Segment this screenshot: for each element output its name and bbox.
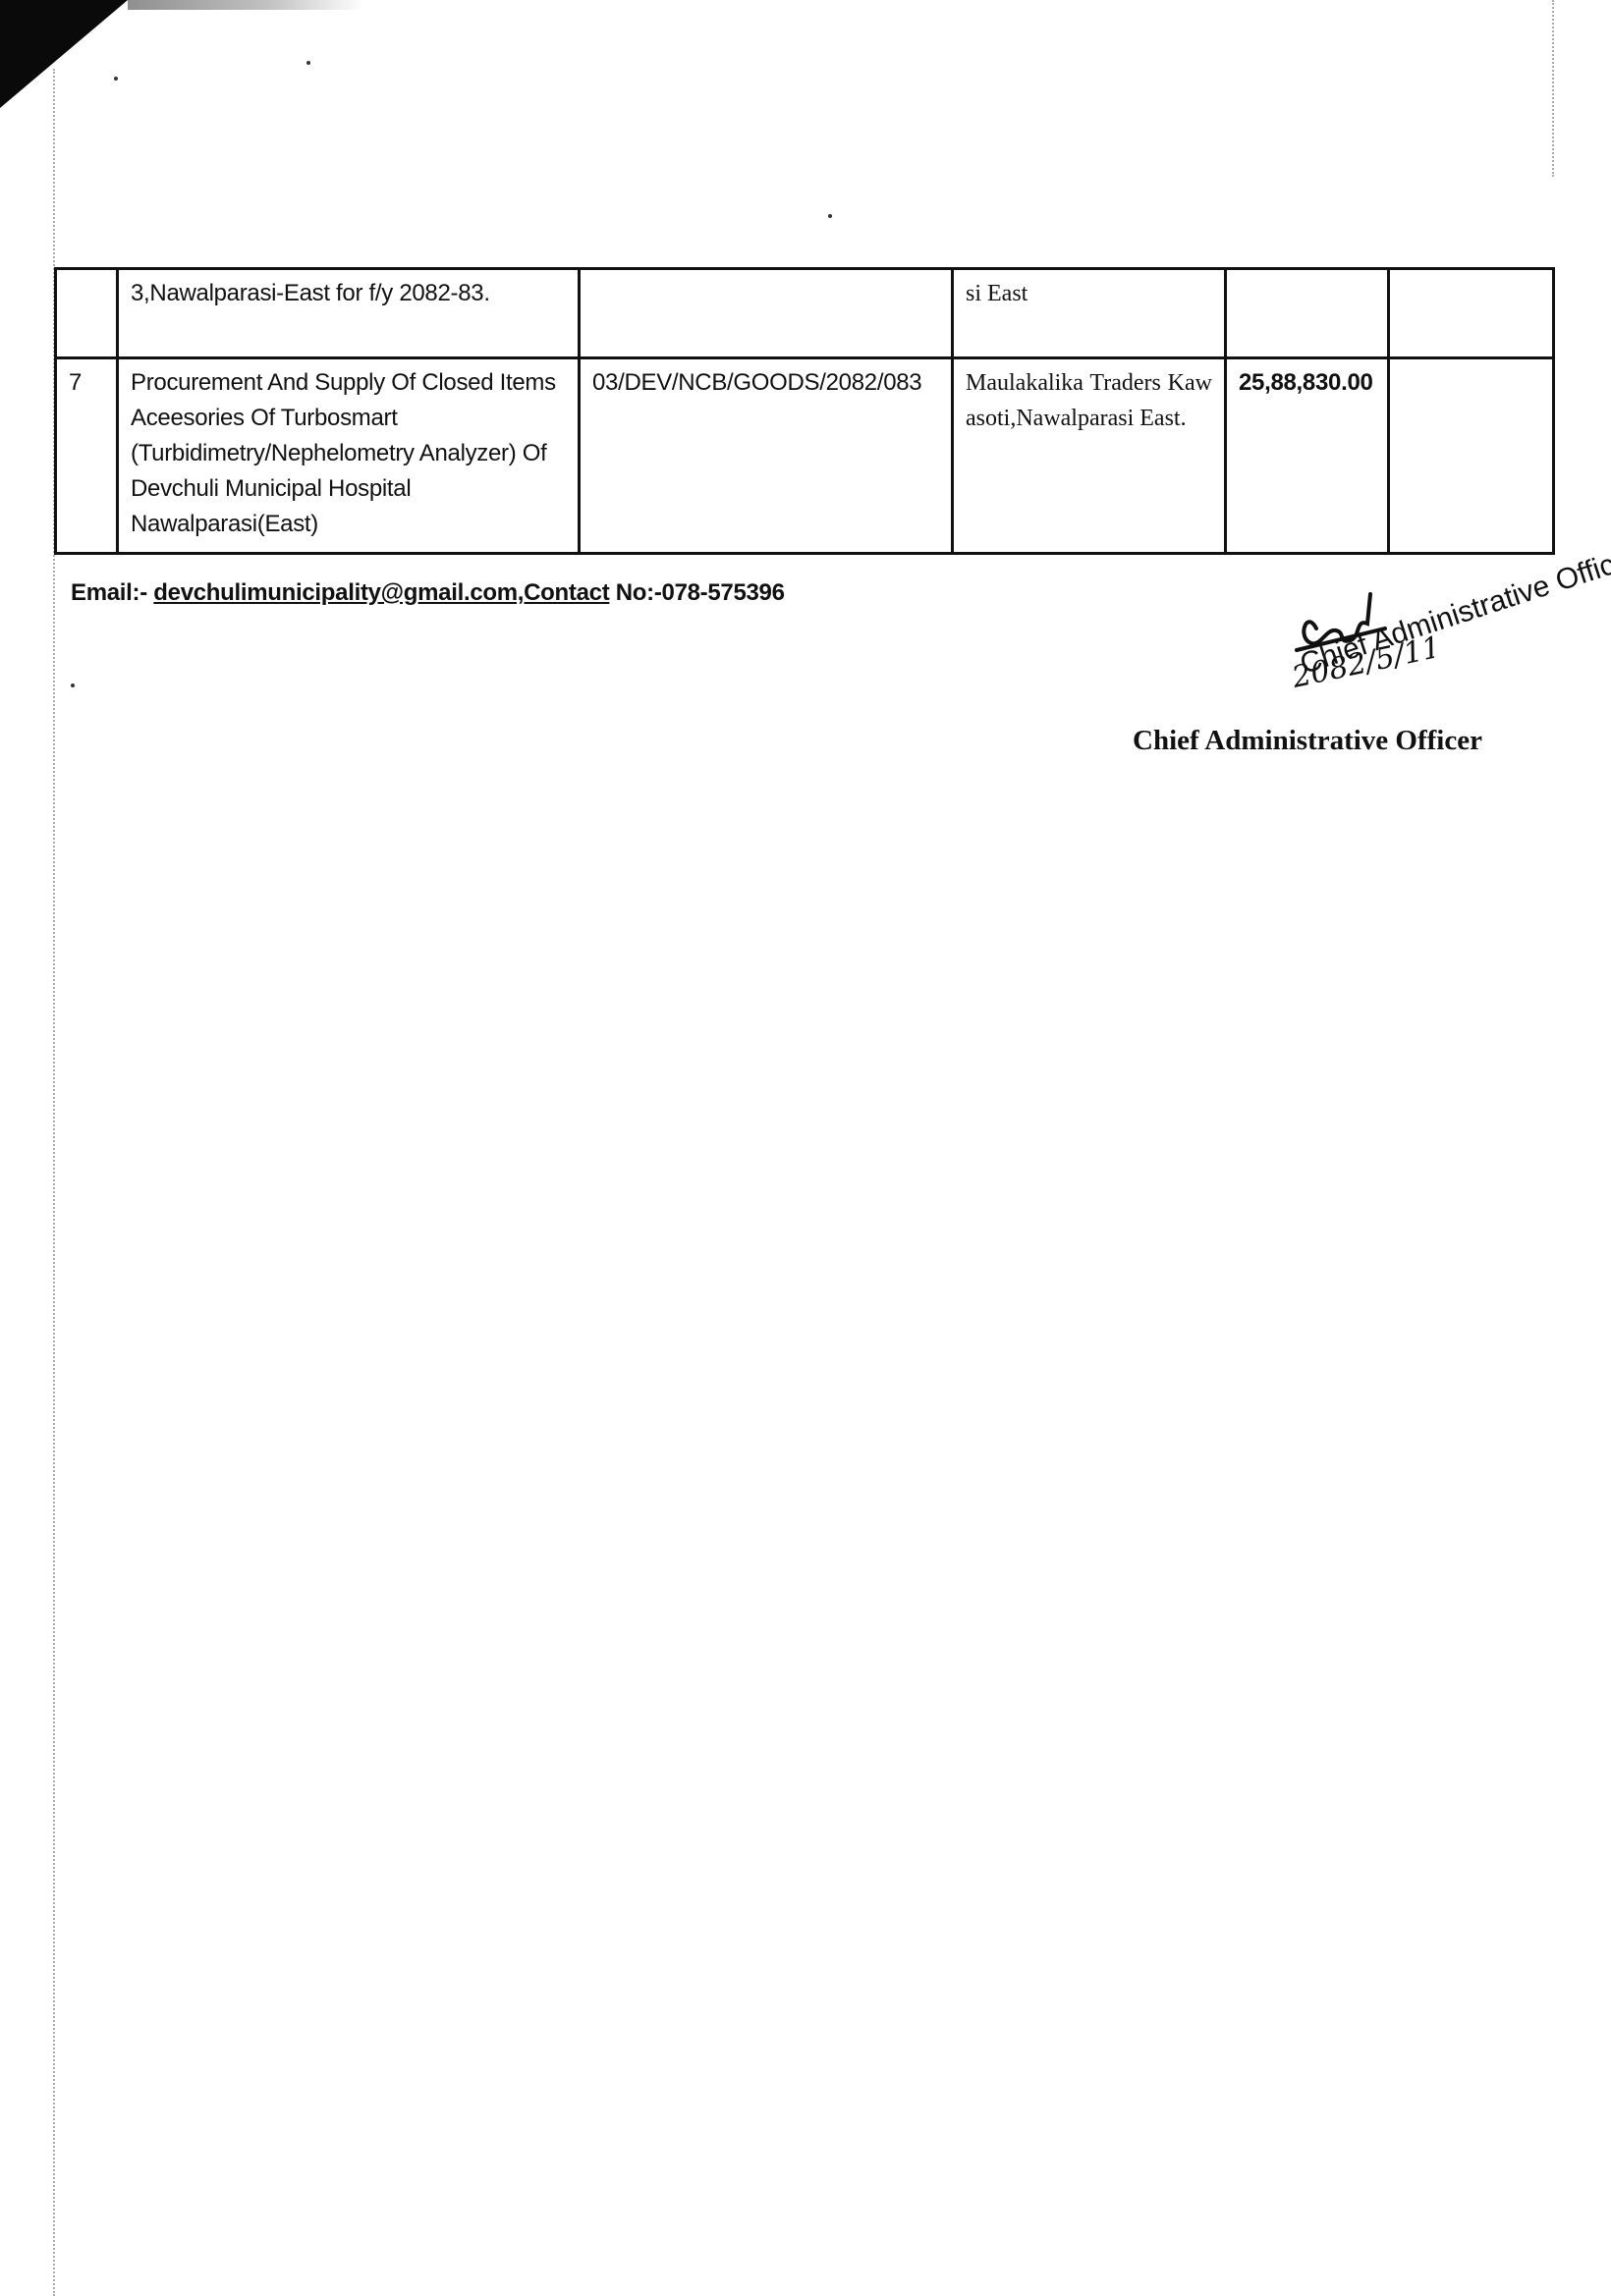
vendor-cell: Maulakalika Traders Kawasoti,Nawalparasi… xyxy=(953,358,1226,554)
table-row: 7 Procurement And Supply Of Closed Items… xyxy=(56,358,1554,554)
vendor-cell: si East xyxy=(953,269,1226,358)
contact-number: No:-078-575396 xyxy=(609,579,784,606)
scan-corner-fold xyxy=(0,0,128,108)
scan-margin-artifact xyxy=(1552,0,1554,177)
reference-cell: 03/DEV/NCB/GOODS/2082/083 xyxy=(580,358,953,554)
email-label: Email:- xyxy=(71,579,153,606)
remarks-cell xyxy=(1389,269,1554,358)
email-link[interactable]: devchulimunicipality@gmail.com,Contact xyxy=(153,579,609,606)
contact-line: Email:- devchulimunicipality@gmail.com,C… xyxy=(71,579,785,607)
description-cell: 3,Nawalparasi-East for f/y 2082-83. xyxy=(118,269,580,358)
remarks-cell xyxy=(1389,358,1554,554)
amount-cell xyxy=(1226,269,1389,358)
amount-cell: 25,88,830.00 xyxy=(1226,358,1389,554)
sn-cell: 7 xyxy=(56,358,118,554)
description-cell: Procurement And Supply Of Closed Items A… xyxy=(118,358,580,554)
table-row: 3,Nawalparasi-East for f/y 2082-83. si E… xyxy=(56,269,1554,358)
scan-speck xyxy=(828,214,832,218)
scan-smudge xyxy=(128,0,363,10)
scan-speck xyxy=(114,77,118,81)
scan-speck xyxy=(306,61,310,65)
procurement-table: 3,Nawalparasi-East for f/y 2082-83. si E… xyxy=(54,267,1555,555)
reference-cell xyxy=(580,269,953,358)
scan-speck xyxy=(71,683,75,687)
officer-title: Chief Administrative Officer xyxy=(1133,725,1482,757)
sn-cell xyxy=(56,269,118,358)
